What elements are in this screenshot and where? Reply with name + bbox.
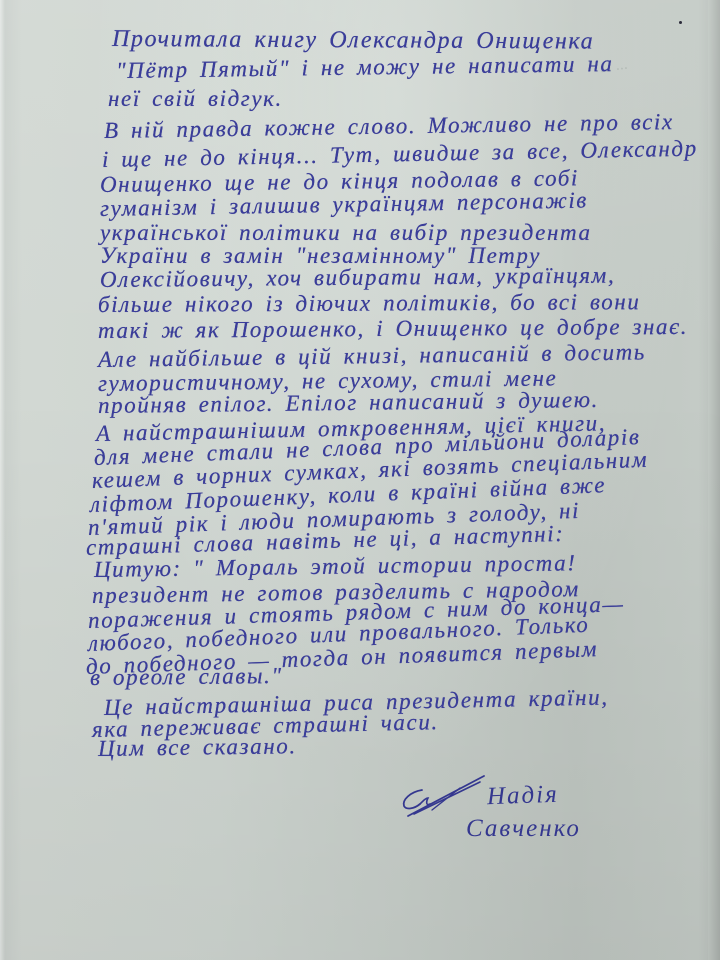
signature-last-name: Савченко xyxy=(466,815,581,843)
letter-line: більше нікого із діючих політиків, бо вс… xyxy=(98,289,641,318)
signature-first-name: Надія xyxy=(487,781,560,811)
letter-line: Прочитала книгу Олександра Онищенка xyxy=(112,26,594,56)
handwritten-letter: Прочитала книгу Олександра Онищенка "Пёт… xyxy=(0,0,720,960)
letter-line: Олексійовичу, хоч вибирати нам, українця… xyxy=(100,263,615,293)
letter-line: в ореоле славы." xyxy=(90,663,283,691)
letter-line: Цим все сказано. xyxy=(98,733,297,762)
letter-line: неї свій відгук. xyxy=(108,86,283,112)
letter-line: "Пётр Пятый" і не можу не написати на xyxy=(116,51,614,84)
signature-flourish-icon xyxy=(400,770,490,820)
